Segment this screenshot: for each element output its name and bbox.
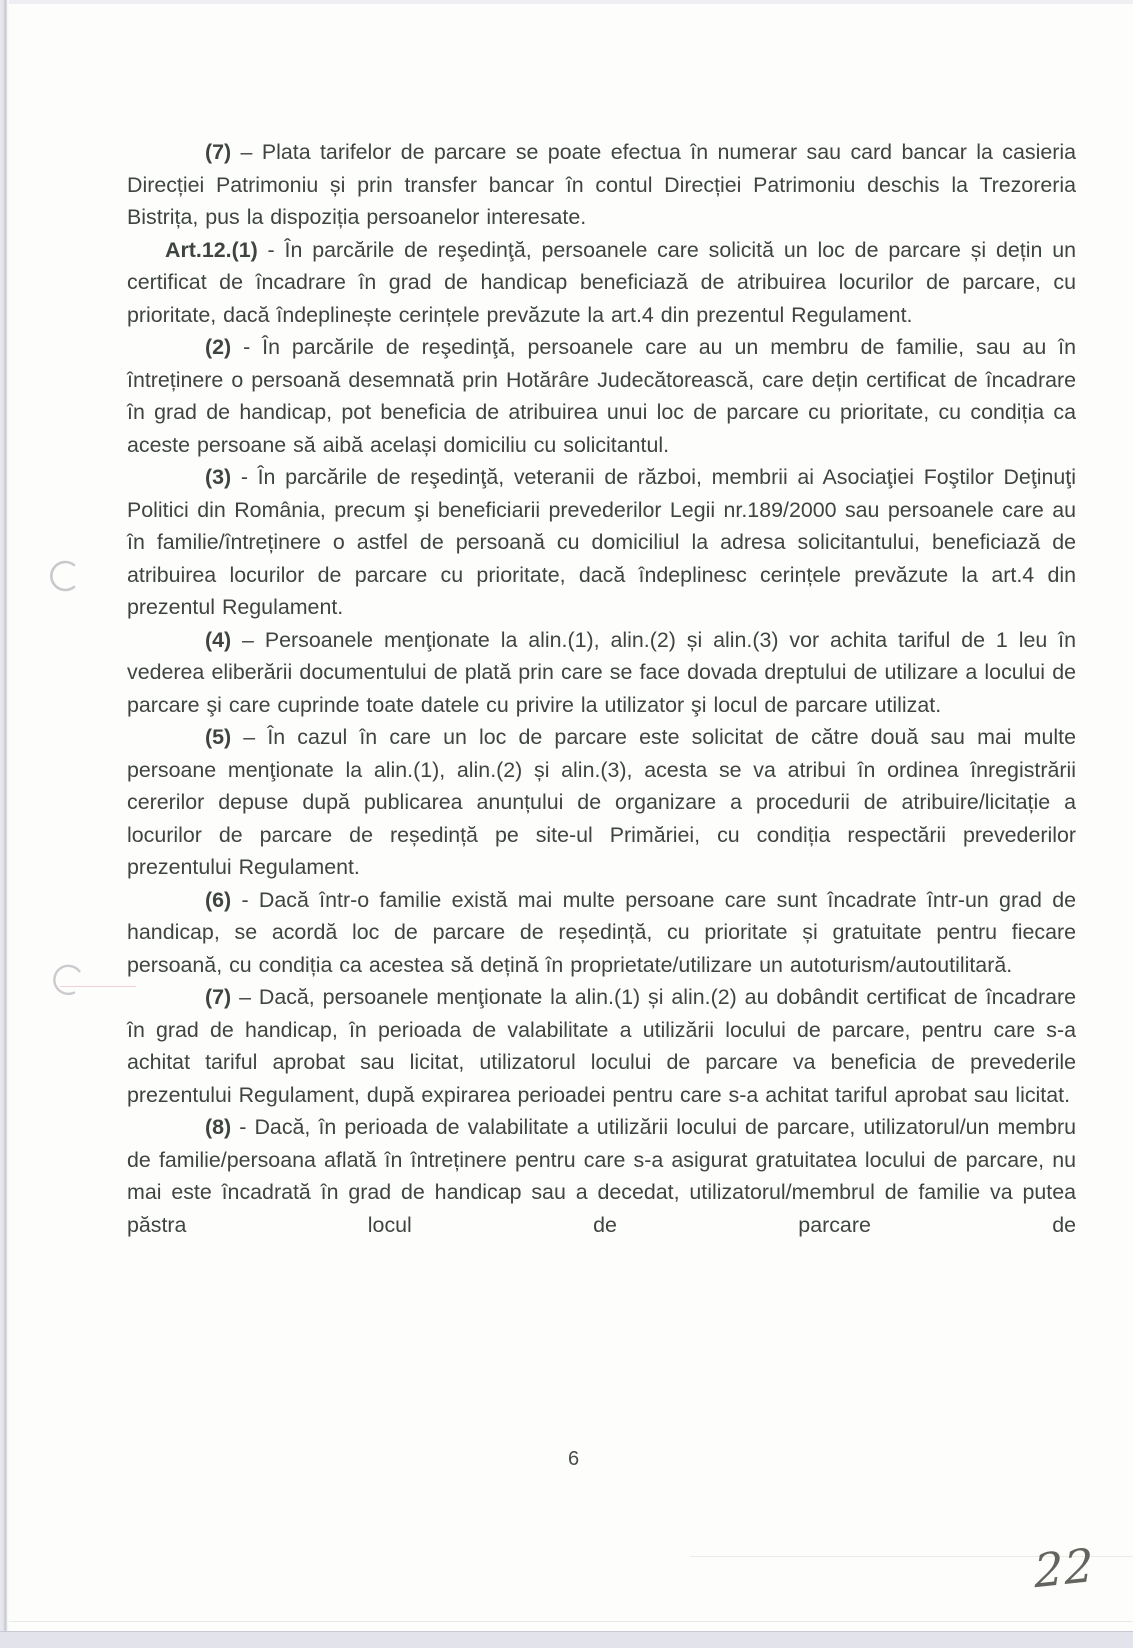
scan-edge-top [0,0,1133,4]
paragraph-number: (7) [205,140,231,164]
paragraph-number: (6) [205,888,231,912]
scan-artifact-line [60,986,136,987]
paragraph: (3) - În parcările de reşedinţă, veteran… [127,461,1076,624]
scanned-page: (7) – Plata tarifelor de parcare se poat… [0,0,1133,1648]
paragraph: (8) - Dacă, în perioada de valabilitate … [127,1111,1076,1241]
paragraph: Art.12.(1) - În parcările de reşedinţă, … [127,234,1076,332]
scan-edge-bottom [0,1631,1133,1648]
paragraph-number: (8) [205,1115,231,1139]
paragraph: (4) – Persoanele menţionate la alin.(1),… [127,624,1076,722]
paragraph-number: (3) [205,465,231,489]
page-number: 6 [568,1448,579,1471]
paragraph: (7) – Plata tarifelor de parcare se poat… [127,136,1076,234]
paragraph-number: (5) [205,725,231,749]
paragraph: (2) - În parcările de reşedinţă, persoan… [127,331,1076,461]
paragraph: (7) – Dacă, persoanele menţionate la ali… [127,981,1076,1111]
paragraph: (6) - Dacă într-o familie există mai mul… [127,884,1076,982]
scan-artifact-line [9,1621,1133,1622]
scan-edge-left [0,0,9,1648]
paragraph-number: (2) [205,335,231,359]
paragraph-number: Art.12.(1) [165,238,258,262]
paragraph-number: (7) [205,985,231,1009]
document-body: (7) – Plata tarifelor de parcare se poat… [127,136,1076,1241]
punch-hole-icon [47,958,91,1002]
paragraph-number: (4) [205,628,231,652]
handwritten-page-note: 22 [1033,1538,1095,1598]
punch-hole-icon [48,558,84,594]
paragraph: (5) – În cazul în care un loc de parcare… [127,721,1076,884]
